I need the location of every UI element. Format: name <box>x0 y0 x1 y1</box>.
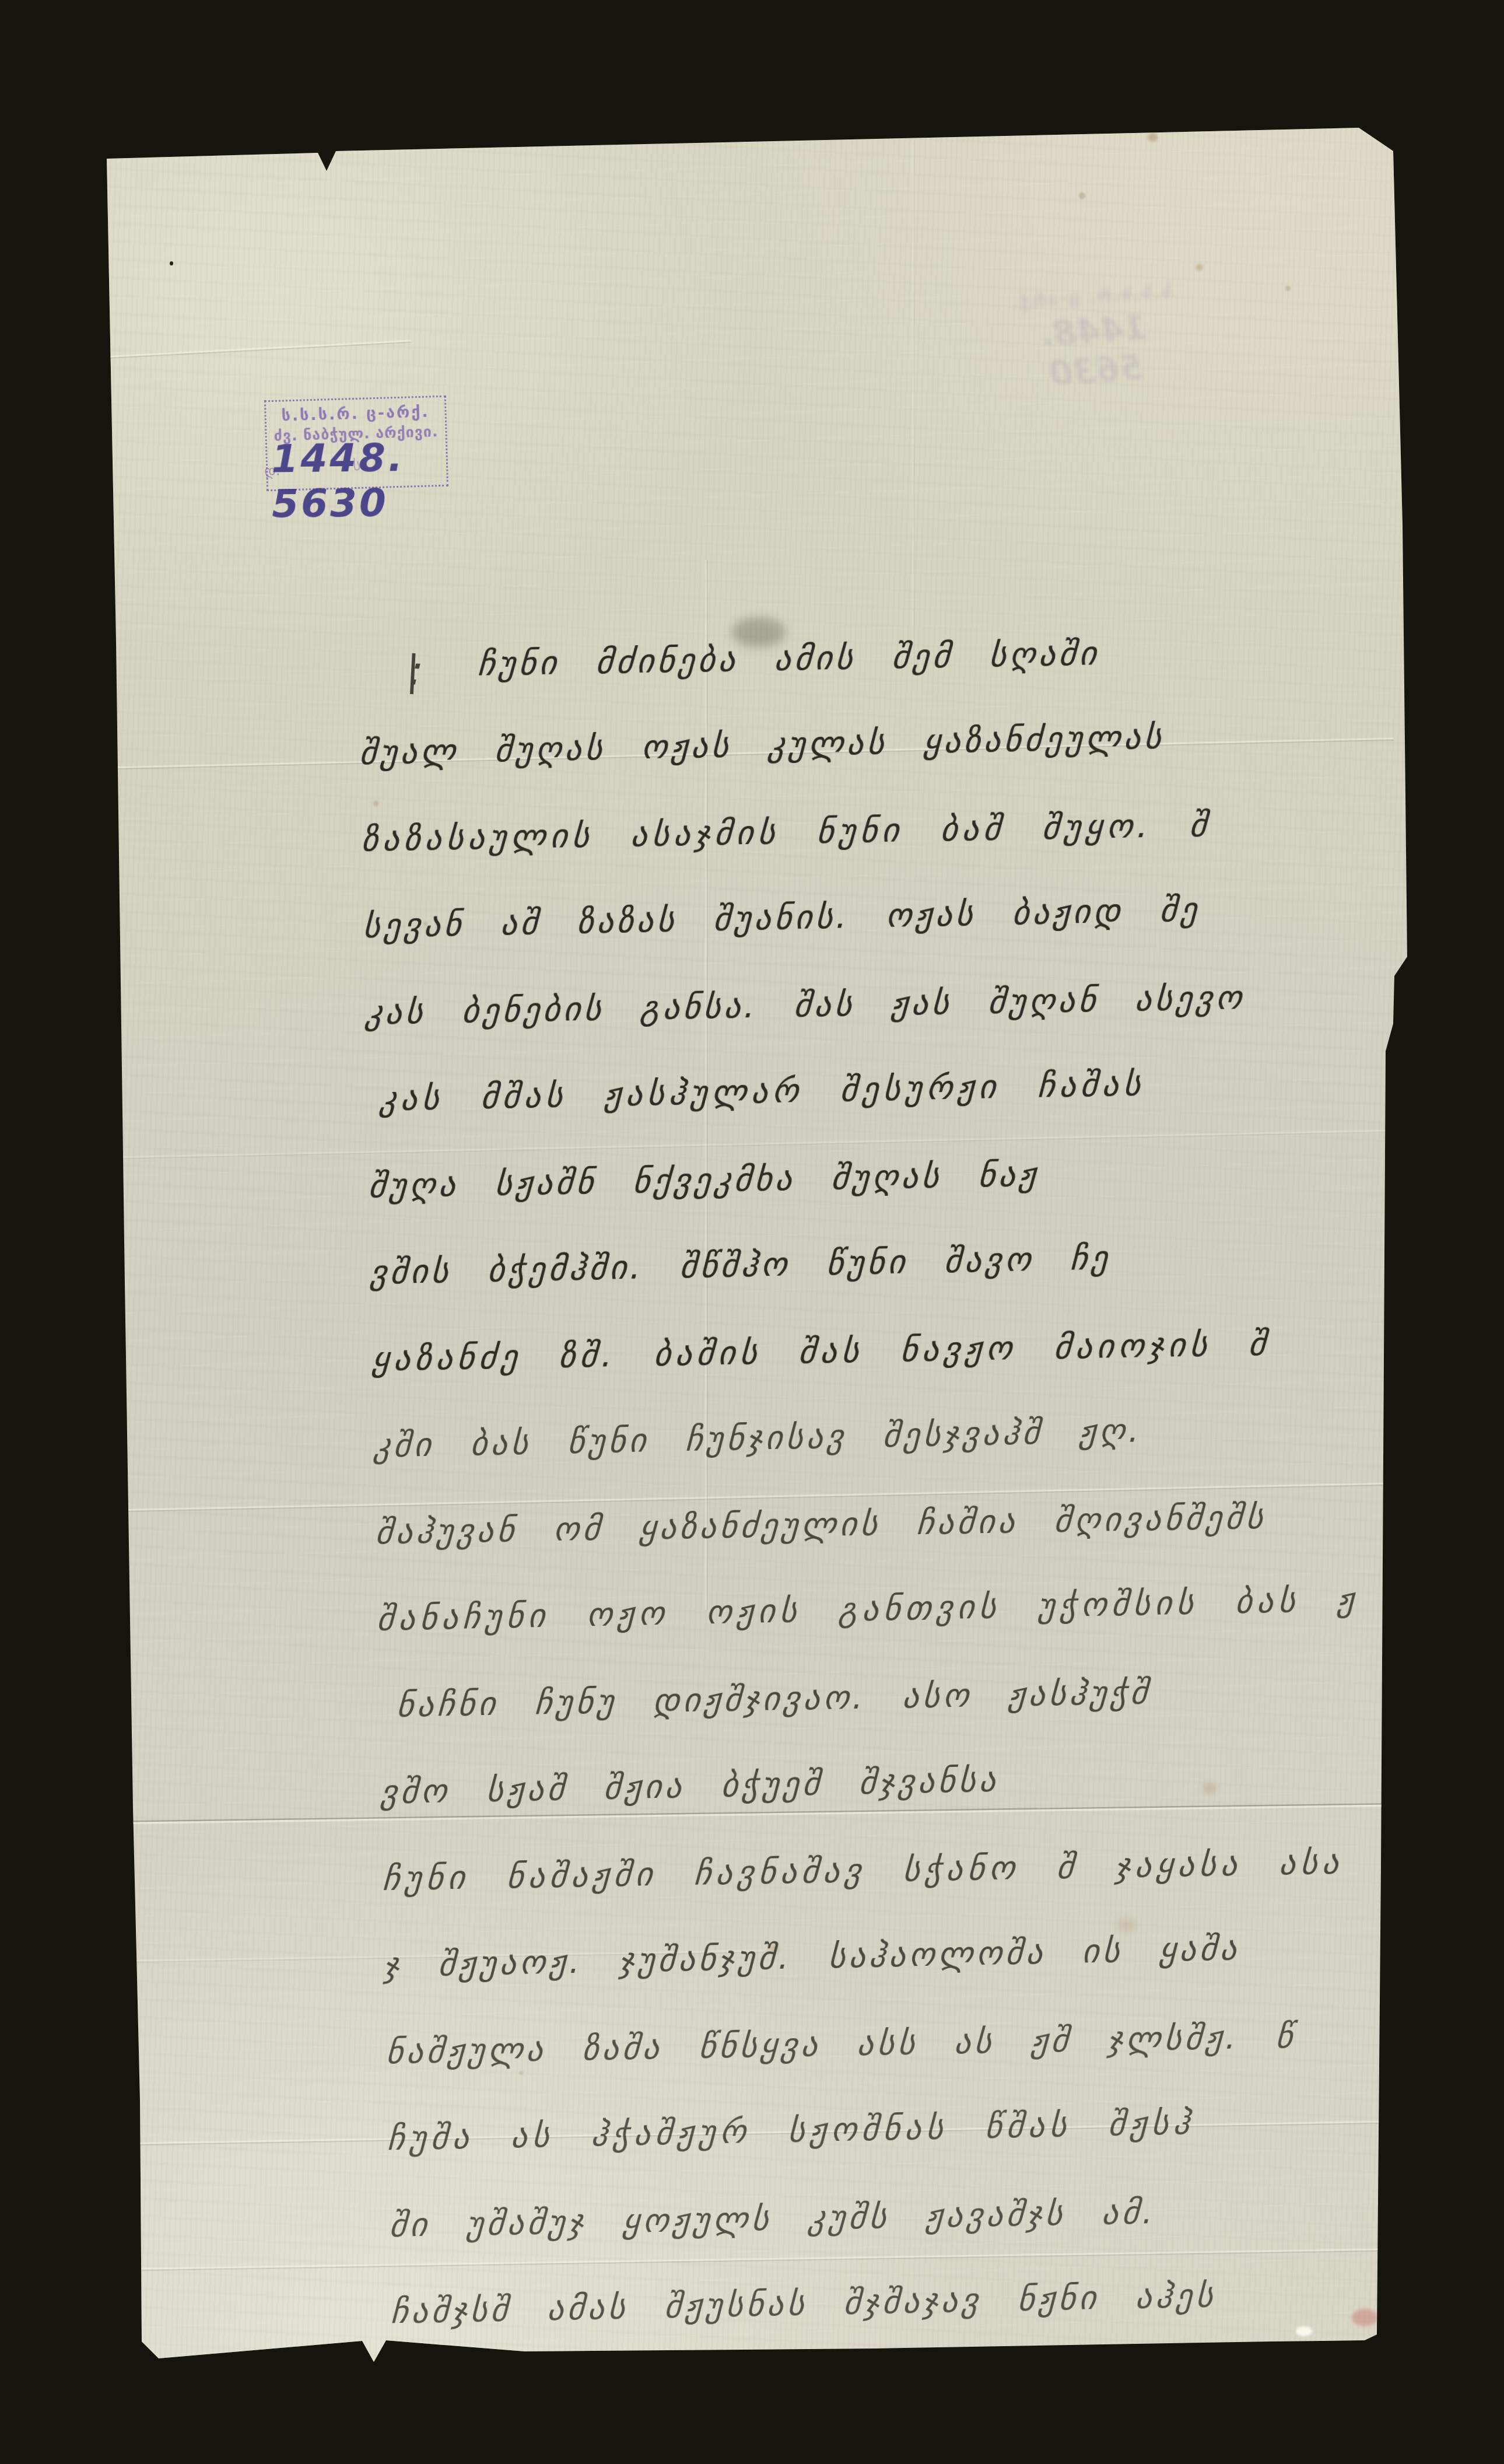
foxing-spot <box>1285 286 1291 291</box>
handwritten-text: ჩუნი მძინება ამის შემ სღაში შუალ შუღას ო… <box>356 626 1428 2379</box>
stamp-handwritten-number: 1448. 5630 <box>271 435 447 526</box>
manuscript-page: ს.ს.ს.რ. ც-არქ. ძვ. ნაბჭულ. არქივი. დ. ს… <box>0 0 1504 2464</box>
archive-stamp: ს.ს.ს.რ. ც-არქ. ძვ. ნაბჭულ. არქივი. დ. ს… <box>264 395 448 492</box>
foxing-spot <box>1079 192 1085 199</box>
stamp-bleedthrough-number: 1448. 5630 <box>999 304 1191 397</box>
ink-speck <box>170 261 173 265</box>
foxing-spot <box>1148 133 1158 142</box>
stamp-text-line1: ს.ს.ს.რ. ც-არქ. <box>266 402 445 426</box>
photo-background: ს.ს.ს.რ. ც-არქ. ძვ. ნაბჭულ. არქივი. დ. ს… <box>0 0 1504 2464</box>
stamp-bleedthrough: ს.ს.ს.რ. ც-არქ. 1448. 5630 <box>997 281 1190 387</box>
foxing-spot <box>1196 264 1203 271</box>
crease-line <box>911 140 915 671</box>
crease-line <box>108 339 411 359</box>
stamp-bleedthrough-text: ს.ს.ს.რ. ც-არქ. <box>997 281 1185 314</box>
